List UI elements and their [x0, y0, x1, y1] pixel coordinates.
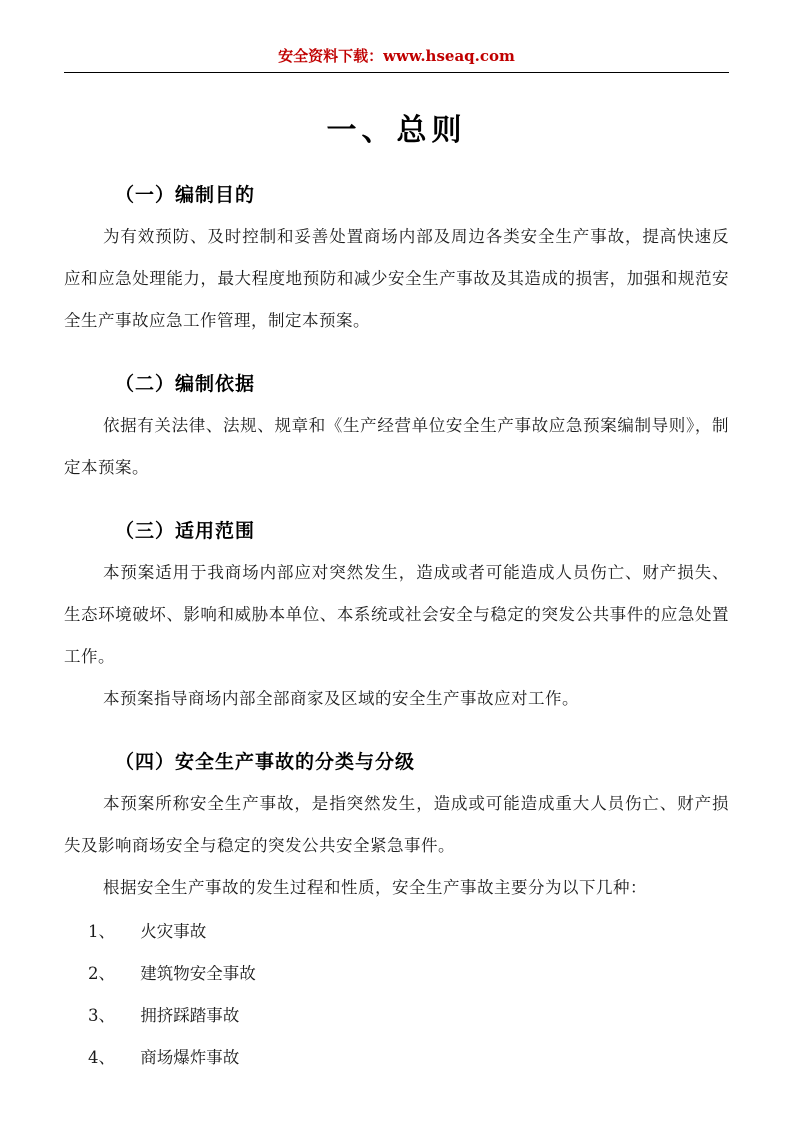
page-header: 安全资料下载：www.hseaq.com: [64, 46, 729, 73]
paragraph: 根据安全生产事故的发生过程和性质，安全生产事故主要分为以下几种：: [64, 867, 729, 909]
list-item-label: 商场爆炸事故: [140, 1048, 239, 1067]
section-heading-4: （四）安全生产事故的分类与分级: [64, 747, 729, 777]
list-item-building-safety: 2、 建筑物安全事故: [64, 953, 729, 995]
section-heading-1: （一）编制目的: [64, 180, 729, 210]
section-accident-classification: （四）安全生产事故的分类与分级 本预案所称安全生产事故，是指突然发生，造成或可能…: [64, 747, 729, 1079]
paragraph: 依据有关法律、法规、规章和《生产经营单位安全生产事故应急预案编制导则》，制定本预…: [64, 405, 729, 489]
list-item-label: 拥挤踩踏事故: [140, 1006, 239, 1025]
paragraph: 本预案所称安全生产事故，是指突然发生，造成或可能造成重大人员伤亡、财产损失及影响…: [64, 783, 729, 867]
section-compilation-basis: （二）编制依据 依据有关法律、法规、规章和《生产经营单位安全生产事故应急预案编制…: [64, 369, 729, 489]
list-item-label: 火灾事故: [140, 922, 206, 941]
section-compilation-purpose: （一）编制目的 为有效预防、及时控制和妥善处置商场内部及周边各类安全生产事故，提…: [64, 180, 729, 342]
accident-type-list: 1、 火灾事故 2、 建筑物安全事故 3、 拥挤踩踏事故 4、 商场爆炸事故: [64, 911, 729, 1079]
list-item-stampede: 3、 拥挤踩踏事故: [64, 995, 729, 1037]
header-download-text: 安全资料下载：www.hseaq.com: [278, 47, 515, 65]
list-item-fire: 1、 火灾事故: [64, 911, 729, 953]
list-item-label: 建筑物安全事故: [140, 964, 256, 983]
section-heading-2: （二）编制依据: [64, 369, 729, 399]
list-item-number: 3、: [88, 995, 135, 1037]
paragraph: 本预案适用于我商场内部应对突然发生，造成或者可能造成人员伤亡、财产损失、生态环境…: [64, 552, 729, 678]
list-item-number: 2、: [88, 953, 135, 995]
list-item-explosion: 4、 商场爆炸事故: [64, 1037, 729, 1079]
document-page: 安全资料下载：www.hseaq.com 一、总则 （一）编制目的 为有效预防、…: [0, 0, 793, 1122]
paragraph: 本预案指导商场内部全部商家及区域的安全生产事故应对工作。: [64, 678, 729, 720]
list-item-number: 4、: [88, 1037, 135, 1079]
document-title: 一、总则: [64, 109, 729, 153]
section-heading-3: （三）适用范围: [64, 516, 729, 546]
section-applicable-scope: （三）适用范围 本预案适用于我商场内部应对突然发生，造成或者可能造成人员伤亡、财…: [64, 516, 729, 720]
paragraph: 为有效预防、及时控制和妥善处置商场内部及周边各类安全生产事故，提高快速反应和应急…: [64, 216, 729, 342]
list-item-number: 1、: [88, 911, 135, 953]
